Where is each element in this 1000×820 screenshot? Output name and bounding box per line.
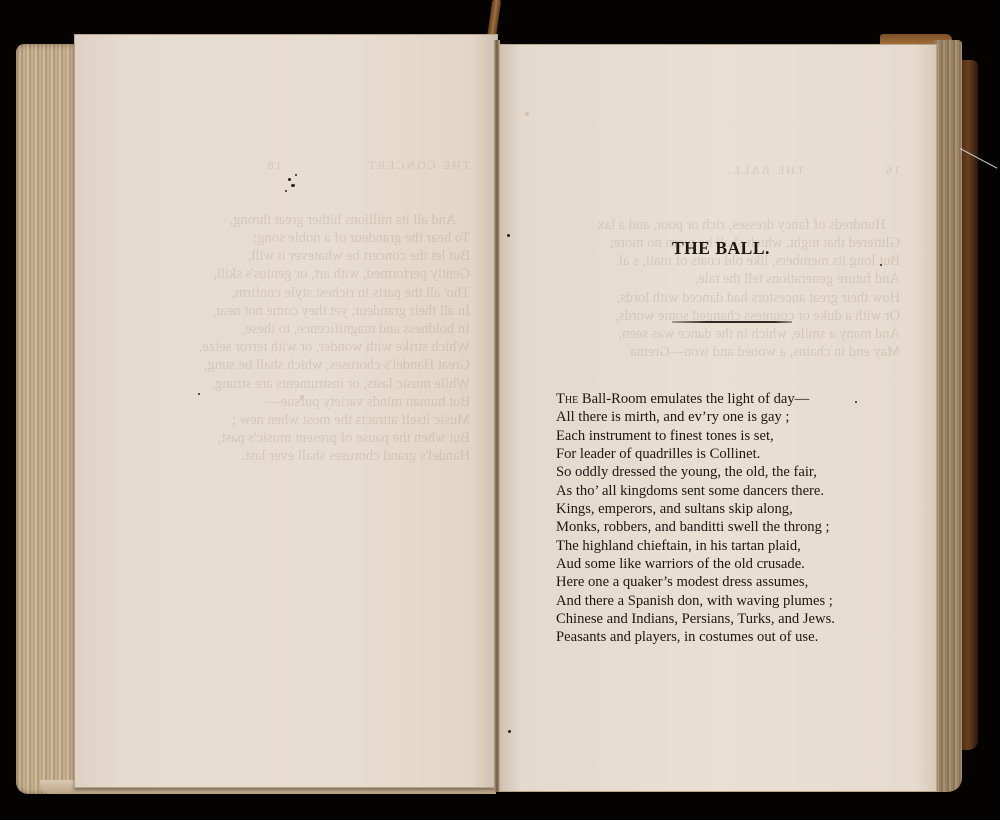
poem-line: The Ball-Room emulates the light of day— <box>556 390 876 408</box>
ink-speck <box>291 184 295 187</box>
poem-line: As tho’ all kingdoms sent some dancers t… <box>556 482 876 500</box>
poem-line: For leader of quadrilles is Collinet. <box>556 445 876 463</box>
poem-first-word: The <box>556 391 578 407</box>
book-photo: THE CONCERT 18 And all its millions hith… <box>0 0 1000 820</box>
ink-speck <box>880 264 882 266</box>
ink-speck <box>508 730 511 733</box>
poem-body: The Ball-Room emulates the light of day—… <box>556 390 876 647</box>
poem-line: Aud some like warriors of the old crusad… <box>556 555 876 573</box>
poem-line-text: Ball-Room emulates the light of day— <box>578 391 809 407</box>
chapter-title: THE BALL. <box>672 238 770 259</box>
poem-line: And there a Spanish don, with waving plu… <box>556 592 876 610</box>
left-page <box>74 34 498 788</box>
ink-speck <box>507 234 510 237</box>
foxing-spot <box>525 112 529 116</box>
poem-line: So oddly dressed the young, the old, the… <box>556 463 876 481</box>
foxing-spot <box>300 395 304 399</box>
ink-speck <box>288 178 291 181</box>
ink-speck <box>198 393 200 395</box>
left-page-block-edges <box>16 44 78 794</box>
poem-line: Chinese and Indians, Persians, Turks, an… <box>556 610 876 628</box>
title-rule <box>672 321 792 323</box>
poem-line: The highland chieftain, in his tartan pl… <box>556 537 876 555</box>
poem-line: Kings, emperors, and sultans skip along, <box>556 500 876 518</box>
ink-speck <box>285 190 287 192</box>
poem-line: All there is mirth, and ev’ry one is gay… <box>556 408 876 426</box>
ink-speck <box>295 174 297 176</box>
poem-line: Monks, robbers, and banditti swell the t… <box>556 518 876 536</box>
right-page-block-edges <box>934 40 962 792</box>
poem-line: Each instrument to finest tones is set, <box>556 427 876 445</box>
poem-line: Here one a quaker’s modest dress assumes… <box>556 573 876 591</box>
poem-line: Peasants and players, in costumes out of… <box>556 628 876 646</box>
